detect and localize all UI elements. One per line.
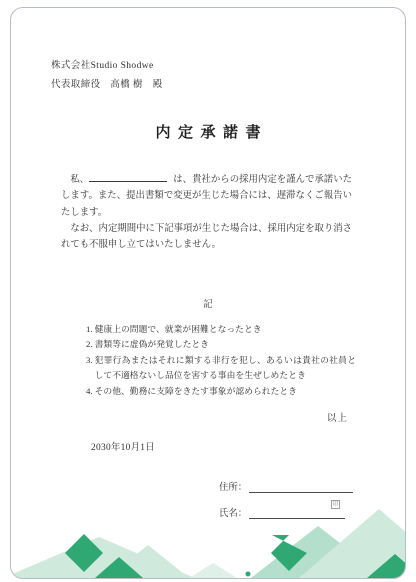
list-item: 1. 健康上の問題で、就業が困難となったとき: [86, 322, 356, 337]
document-date: 2030年10月1日: [91, 439, 155, 453]
condition-text: 犯罪行為またはそれに類する非行を犯し、あるいは貴社の社員として不適格ないし品位を…: [95, 353, 356, 384]
list-item: 4. その他、勤務に支障をきたす事象が認められたとき: [86, 384, 356, 399]
closing-ijo: 以上: [327, 410, 348, 424]
paragraph-acceptance: 私、は、貴社からの採用内定を謹んで承諾いたします。また、提出書類で変更が生じた場…: [61, 172, 352, 221]
condition-text: その他、勤務に支障をきたす事象が認められたとき: [95, 384, 356, 399]
paragraph-conditions-intro: なお、内定期間中に下記事項が生じた場合は、採用内定を取り消されても不服申し立ては…: [61, 221, 352, 254]
bottom-decoration: [11, 503, 406, 578]
condition-number: 3.: [86, 353, 93, 384]
condition-number: 1.: [86, 322, 93, 337]
name-blank-underline[interactable]: [89, 172, 167, 182]
condition-text: 書類等に虚偽が発覚したとき: [95, 337, 356, 352]
condition-text: 健康上の問題で、就業が困難となったとき: [95, 322, 356, 337]
recipient-block: 株式会社Studio Shodwe 代表取締役 高橋 樹 殿: [51, 57, 163, 94]
record-marker: 記: [11, 296, 405, 310]
page-background: 株式会社Studio Shodwe 代表取締役 高橋 樹 殿 内定承諾書 私、は…: [0, 0, 416, 582]
condition-number: 4.: [86, 384, 93, 399]
condition-number: 2.: [86, 337, 93, 352]
document-card: 株式会社Studio Shodwe 代表取締役 高橋 樹 殿 内定承諾書 私、は…: [10, 7, 406, 579]
recipient-person: 代表取締役 高橋 樹 殿: [51, 76, 163, 95]
paragraph1-lead: 私、: [70, 175, 89, 185]
dot-green: [246, 572, 251, 577]
conditions-list: 1. 健康上の問題で、就業が困難となったとき 2. 書類等に虚偽が発覚したとき …: [86, 322, 356, 399]
address-input-line[interactable]: [249, 481, 353, 493]
recipient-company: 株式会社Studio Shodwe: [51, 57, 163, 76]
address-row: 住所：: [219, 479, 353, 493]
triangle-pale-center: [189, 563, 237, 578]
list-item: 3. 犯罪行為またはそれに類する非行を犯し、あるいは貴社の社員として不適格ないし…: [86, 353, 356, 384]
document-title: 内定承諾書: [11, 121, 405, 142]
address-label: 住所：: [219, 479, 247, 493]
list-item: 2. 書類等に虚偽が発覚したとき: [86, 337, 356, 352]
body-text: 私、は、貴社からの採用内定を謹んで承諾いたします。また、提出書類で変更が生じた場…: [61, 172, 352, 253]
